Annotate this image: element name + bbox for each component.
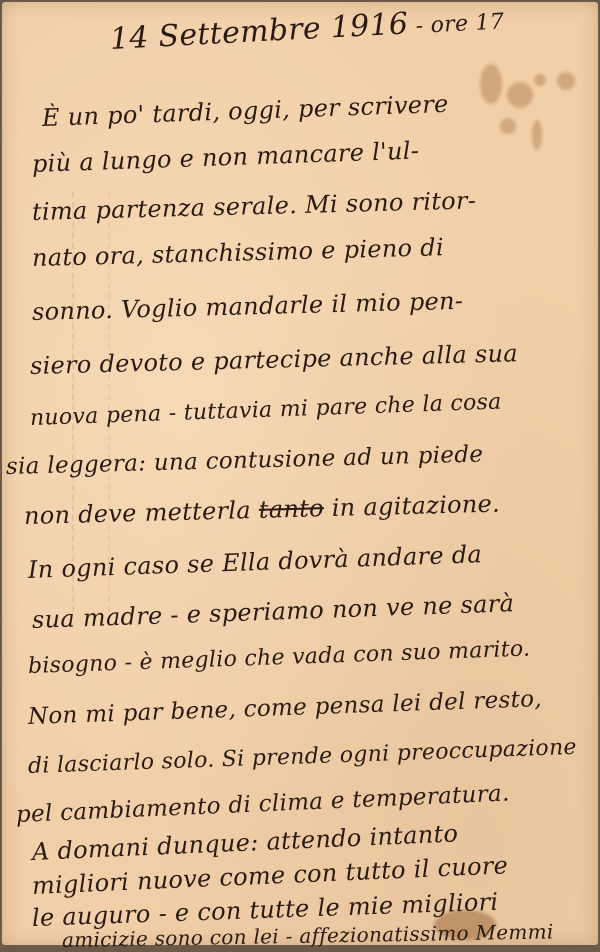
line-text: amicizie sono con lei - [62,924,293,947]
letter-line: bisogno - è meglio che vada con suo mari… [28,636,531,679]
time-text: - ore 17 [408,9,505,39]
line-text: in agitazione. [323,490,500,523]
ink-stain [534,74,546,86]
line-text: di lasciarlo solo. Si prende ogni preocc… [28,735,578,779]
line-text: non deve metterla [24,496,252,530]
line-text: Non mi par bene, come pensa lei del rest… [28,686,543,730]
date-line: 14 Settembre 1916 - ore 17 [109,1,505,57]
ink-stain [532,120,542,150]
ink-stain [557,72,575,90]
letter-line: più a lungo e non mancare l'ul- [32,136,420,177]
line-text: più a lungo e non mancare l'ul- [32,136,420,177]
line-text: È un po' tardi, oggi, per scrivere [42,90,450,132]
ink-stain [500,118,516,134]
letter-line: di lasciarlo solo. Si prende ogni preocc… [28,735,578,779]
ink-stain [507,82,533,108]
letter-card: 14 Settembre 1916 - ore 17 È un po' tard… [2,2,598,945]
struck-word: tanto [258,494,324,524]
line-text: bisogno - è meglio che vada con suo mari… [28,636,531,679]
signature: affezionatissimo Memmi [299,919,554,947]
ink-stain [480,64,502,104]
letter-line: È un po' tardi, oggi, per scrivere [42,90,450,132]
letter-line: Non mi par bene, come pensa lei del rest… [28,686,543,730]
date-text: 14 Settembre 1916 [109,6,409,57]
